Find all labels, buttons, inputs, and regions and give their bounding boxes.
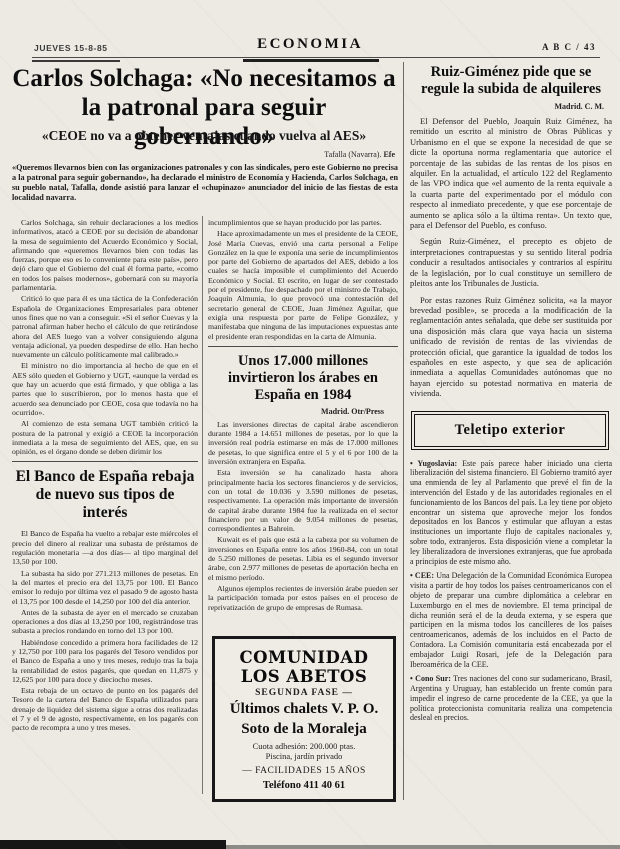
article-paragraph: Algunos ejemplos recientes de inversión …	[208, 584, 398, 612]
teletipo-title: Teletipo exterior	[419, 422, 601, 439]
article-paragraph: Por estas razones Ruiz Giménez solicita,…	[410, 295, 612, 399]
article-paragraph: El ministro no dio importancia al hecho …	[12, 361, 198, 417]
byline-agency: C. M.	[585, 102, 604, 111]
teletipo-item-cono-sur: • Cono Sur: Tres naciones del cono sur s…	[410, 674, 612, 723]
main-article-column-1: Carlos Solchaga, sin rehuir declaracione…	[12, 218, 198, 735]
article-paragraph: Según Ruiz-Giménez, el precepto es objet…	[410, 236, 612, 288]
teletipo-item-label: • CEE:	[410, 571, 434, 580]
byline-place: Madrid.	[554, 102, 582, 111]
rent-article-headline: Ruiz-Giménez pide que se regule la subid…	[410, 64, 612, 98]
article-paragraph: Criticó lo que para él es una táctica de…	[12, 294, 198, 359]
article-paragraph: Carlos Solchaga, sin rehuir declaracione…	[12, 218, 198, 292]
teletipo-item-text: Este país parece haber iniciado una cier…	[410, 459, 612, 566]
byline-place: Tafalla (Navarra).	[324, 150, 381, 159]
ad-detail: Piscina, jardín privado	[219, 751, 389, 761]
byline-agency: Efe	[383, 150, 395, 159]
newspaper-page: JUEVES 15-8-85 ECONOMIA A B C / 43 Carlo…	[0, 0, 620, 849]
main-article-column-2: incumplimientos que se hayan producido p…	[208, 218, 398, 802]
article-paragraph: Habiéndose concedido a primera hora faci…	[12, 638, 198, 684]
arab-article-byline: Madrid. Otr/Press	[208, 407, 384, 416]
teletipo-exterior-box: Teletipo exterior	[411, 411, 609, 450]
arab-article-rule	[208, 346, 398, 347]
teletipo-item-label: • Cono Sur:	[410, 674, 451, 683]
main-article-subheadline: «CEOE no va a obtener ventajas cuando vu…	[10, 128, 398, 144]
article-paragraph: Las inversiones directas de capital árab…	[208, 420, 398, 466]
column-divider-sub	[202, 216, 203, 794]
scan-edge-bar	[0, 840, 226, 849]
article-paragraph: Kuwait es el país que está a la cabeza p…	[208, 535, 398, 581]
ad-line: Últimos chalets V. P. O.	[219, 701, 389, 718]
article-paragraph: La subasta ha sido por 271.213 millones …	[12, 569, 198, 606]
column-divider-main	[403, 62, 404, 800]
teletipo-item-cee: • CEE: Una Delegación de la Comunidad Ec…	[410, 571, 612, 669]
teletipo-item-yugoslavia: • Yugoslavia: Este país parece haber ini…	[410, 459, 612, 567]
right-column: Ruiz-Giménez pide que se regule la subid…	[410, 64, 612, 728]
ad-phase: SEGUNDA FASE —	[219, 688, 389, 698]
bank-article-rule	[12, 461, 198, 462]
scan-edge-bar-light	[226, 845, 620, 849]
section-title: ECONOMIA	[0, 36, 620, 53]
article-paragraph: El Defensor del Pueblo, Joaquín Ruiz Gim…	[410, 116, 612, 230]
article-paragraph: Antes de la subasta de ayer en el mercad…	[12, 608, 198, 636]
article-paragraph: El Banco de España ha vuelto a rebajar e…	[12, 529, 198, 566]
arab-article-headline: Unos 17.000 millones invirtieron los ára…	[208, 353, 398, 404]
teletipo-item-text: Una Delegación de la Comunidad Económica…	[410, 571, 612, 668]
rent-article-byline: Madrid. C. M.	[410, 102, 604, 111]
article-paragraph: incumplimientos que se hayan producido p…	[208, 218, 398, 227]
article-paragraph: Esta rebaja de un octavo de punto en los…	[12, 686, 198, 732]
classified-ad-los-abetos: COMUNIDAD LOS ABETOS SEGUNDA FASE — Últi…	[212, 636, 396, 802]
article-paragraph: Hace aproximadamente un mes el president…	[208, 229, 398, 341]
header-rule-date	[32, 60, 120, 62]
ad-title: COMUNIDAD LOS ABETOS	[219, 648, 389, 686]
article-paragraph: Al comienzo de esta semana UGT también c…	[12, 419, 198, 456]
ad-detail: Cuota adhesión: 200.000 ptas.	[219, 741, 389, 751]
main-article-byline: Tafalla (Navarra). Efe	[10, 150, 395, 159]
header-rule	[32, 57, 600, 58]
main-article-lead: «Queremos llevarnos bien con las organiz…	[12, 163, 398, 203]
page-number: A B C / 43	[542, 42, 596, 52]
ad-facilities: — FACILIDADES 15 AÑOS	[219, 766, 389, 776]
header-rule-section	[243, 59, 379, 62]
teletipo-item-label: • Yugoslavia:	[410, 459, 457, 468]
article-paragraph: Esta inversión se ha canalizado hasta ah…	[208, 468, 398, 533]
bank-article-headline: El Banco de España rebaja de nuevo sus t…	[14, 468, 196, 522]
ad-line: Soto de la Moraleja	[219, 721, 389, 738]
ad-phone-number: Teléfono 411 40 61	[219, 780, 389, 791]
